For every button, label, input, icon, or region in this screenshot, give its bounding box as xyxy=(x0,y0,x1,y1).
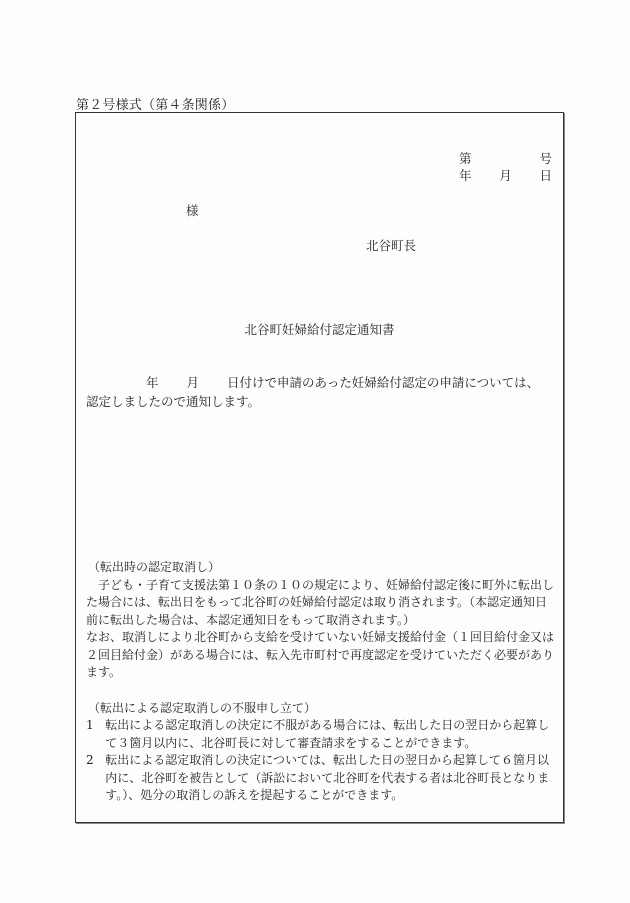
form-label: 第２号様式（第４条関係） xyxy=(76,94,234,113)
item-text: 転出による認定取消しの決定に不服がある場合には、転出した日の翌日から起算して３箇… xyxy=(105,718,549,750)
appeal-item-2: 2転出による認定取消しの決定については、転出した日の翌日から起算して６箇月以内に… xyxy=(86,752,556,805)
recipient: 様 xyxy=(186,201,199,219)
body-month: 月 xyxy=(187,373,200,392)
date-year: 年 xyxy=(459,166,472,184)
document-date: 年 月 日 xyxy=(459,166,552,184)
item-text: 転出による認定取消しの決定については、転出した日の翌日から起算して６箇月以内に、… xyxy=(105,753,549,802)
notice-body: 年 月 日付けで申請のあった妊婦給付認定の申請については、 認定しましたので通知… xyxy=(86,373,556,411)
item-number: 1 xyxy=(86,717,105,735)
notice-frame: 第 号 年 月 日 様 北谷町長 北谷町妊婦給付認定通知書 年 月 日付けで申請… xyxy=(75,112,564,823)
section1-heading: （転出時の認定取消し） xyxy=(86,559,556,577)
body-line1: 日付けで申請のあった妊婦給付認定の申請については、 xyxy=(227,373,539,392)
sender: 北谷町長 xyxy=(366,236,416,254)
section1-para1: 子ども・子育て支援法第１０条の１０の規定により、妊婦給付認定後に町外に転出した場… xyxy=(86,577,556,630)
appeal-item-1: 1転出による認定取消しの決定に不服がある場合には、転出した日の翌日から起算して３… xyxy=(86,717,556,752)
date-month: 月 xyxy=(499,166,512,184)
number-prefix: 第 xyxy=(459,149,472,167)
section1-para2: なお、取消しにより北谷町から支給を受けていない妊婦支援給付金（１回目給付金又は２… xyxy=(86,629,556,682)
document-title: 北谷町妊婦給付認定通知書 xyxy=(76,320,563,338)
body-year: 年 xyxy=(146,373,159,392)
body-line2: 認定しましたので通知します。 xyxy=(86,392,556,411)
date-day: 日 xyxy=(539,166,552,184)
item-number: 2 xyxy=(86,752,105,770)
notes-section: （転出時の認定取消し） 子ども・子育て支援法第１０条の１０の規定により、妊婦給付… xyxy=(86,559,556,805)
document-number: 第 号 xyxy=(459,149,552,167)
number-suffix: 号 xyxy=(539,149,552,167)
section2-heading: （転出による認定取消しの不服申し立て） xyxy=(86,700,556,718)
